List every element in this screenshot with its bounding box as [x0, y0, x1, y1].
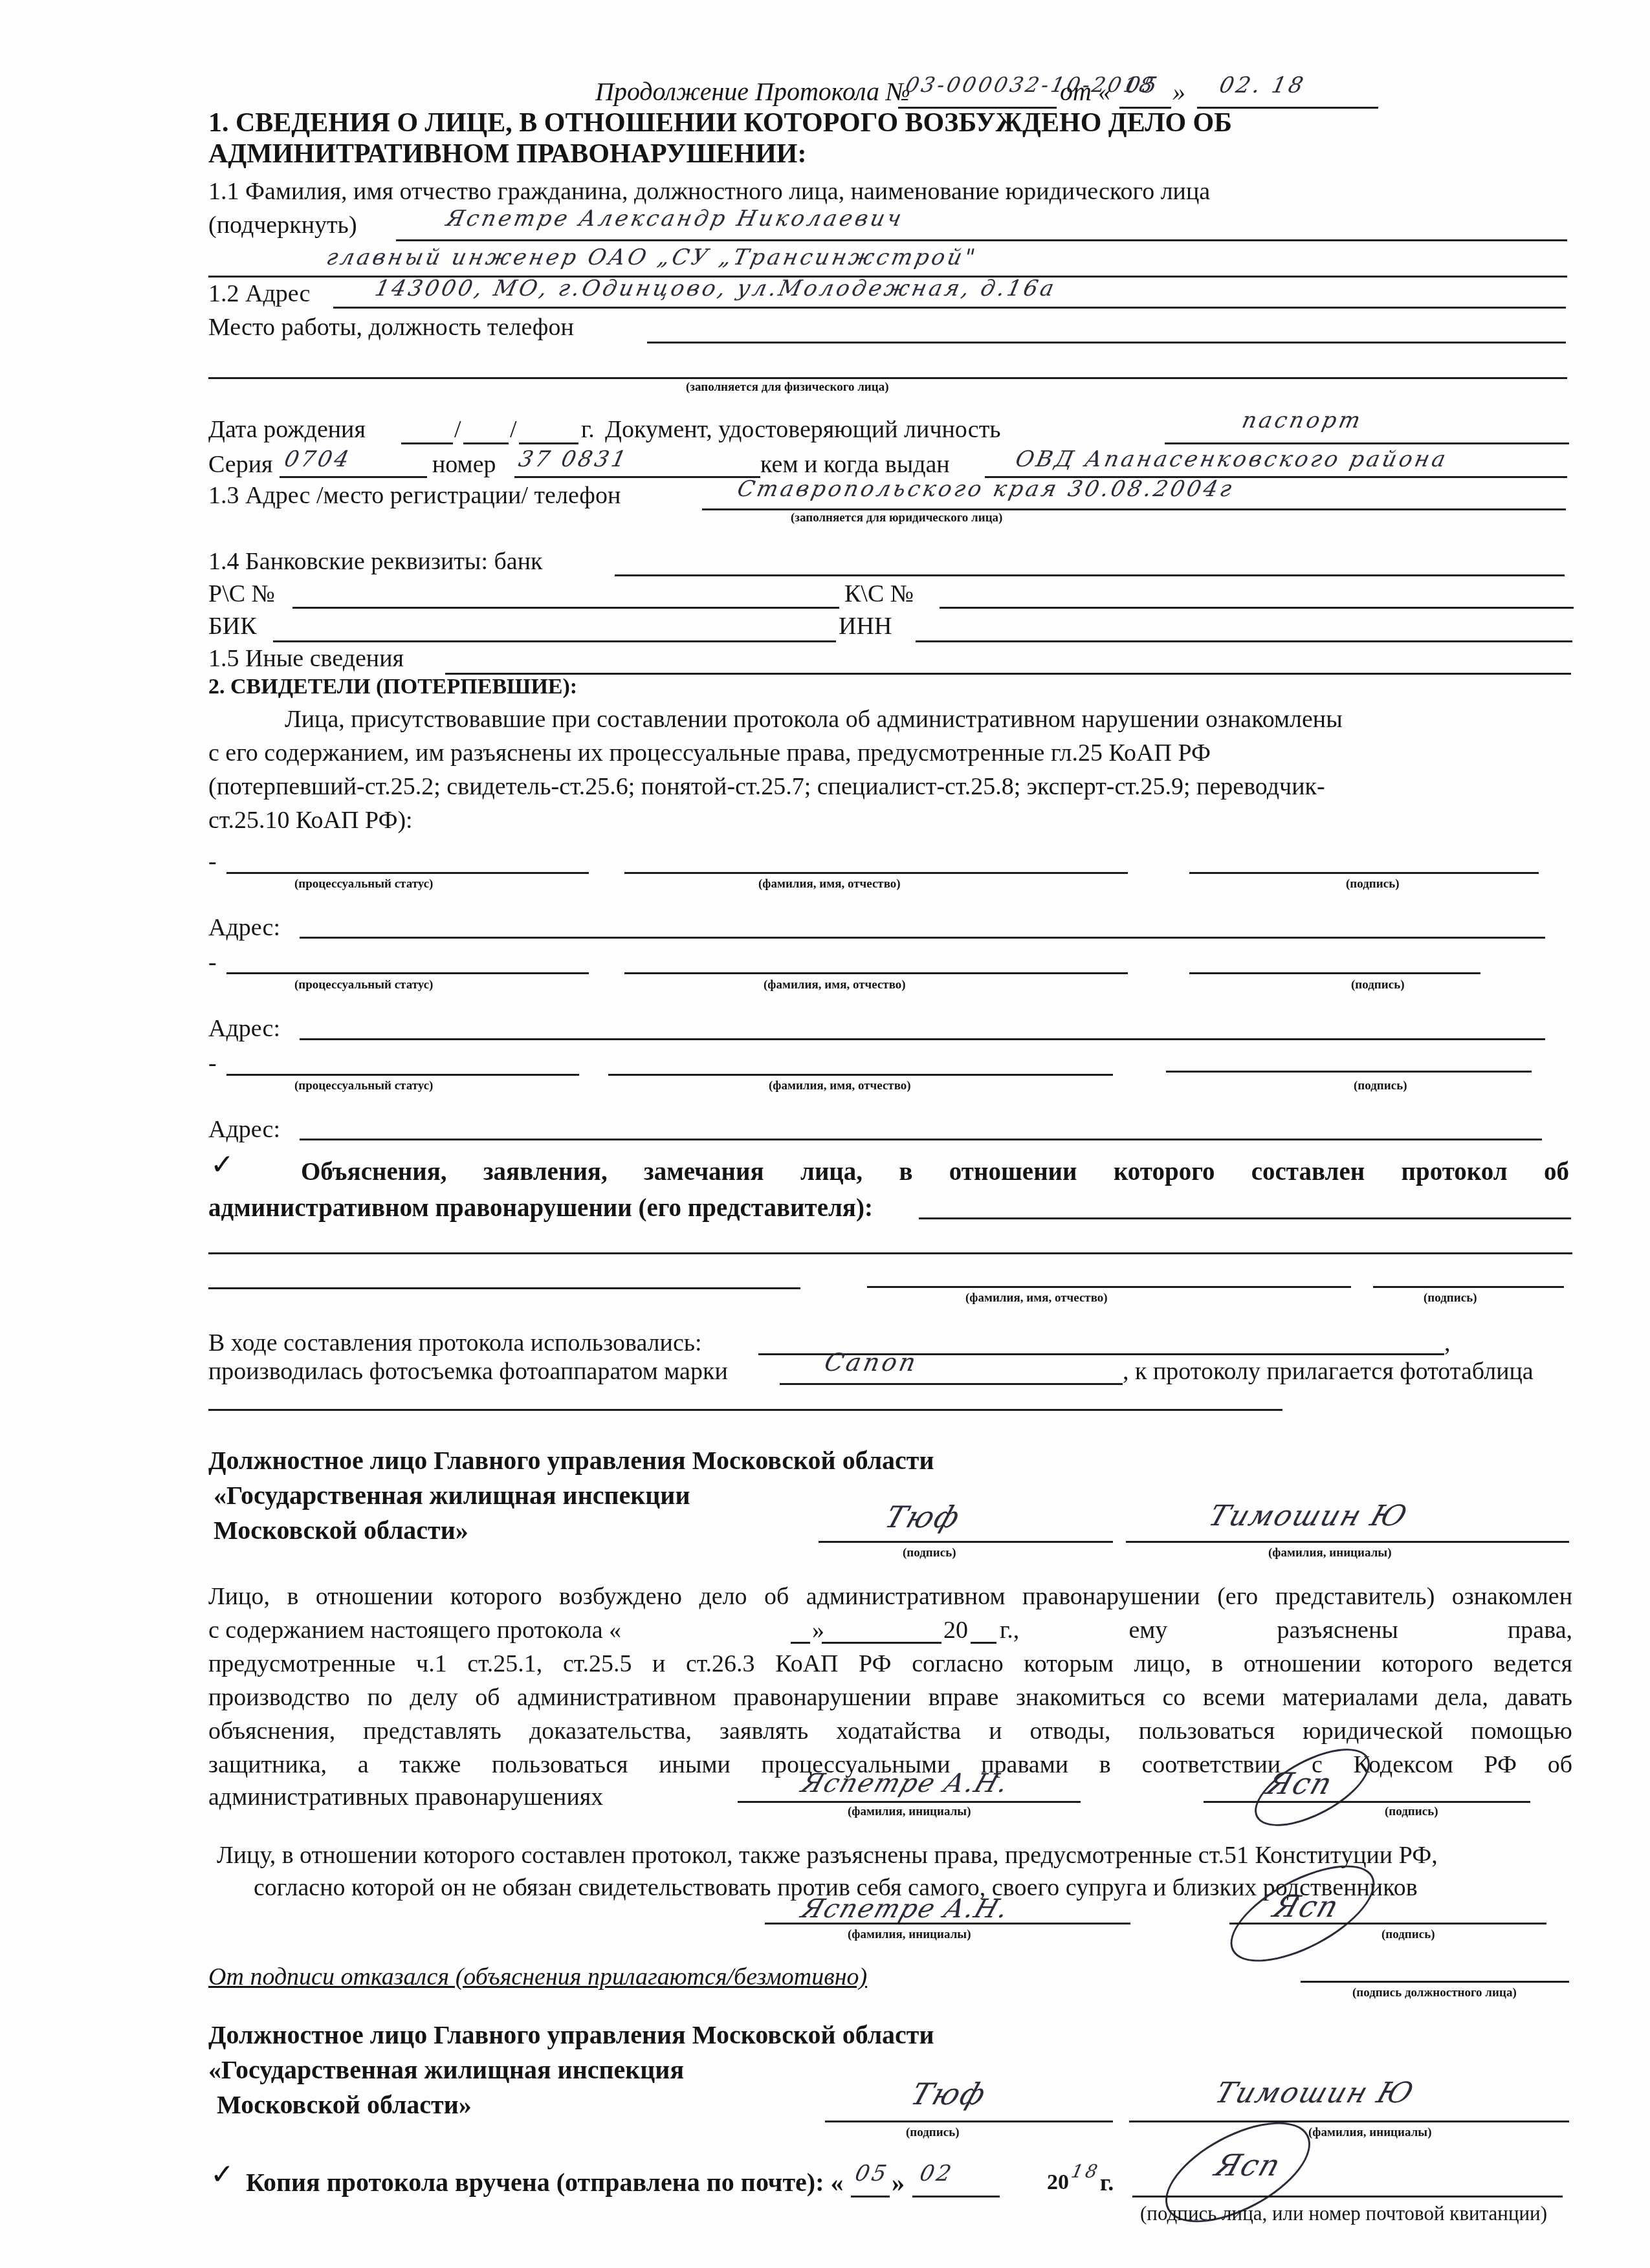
from-label: от « [1060, 78, 1111, 106]
equipment-used-label: В ходе составления протокола использовал… [208, 1329, 702, 1357]
legal-entity-note: (заполняется для юридического лица) [791, 511, 1002, 525]
copy-signature[interactable]: Ясп [1211, 2148, 1286, 2183]
copy-month-line [912, 2196, 1000, 2197]
ks-field[interactable] [940, 607, 1574, 609]
person-position-value[interactable]: главный инженер ОАО „СУ „Трансинжстрой" [324, 245, 980, 270]
number-label: номер [432, 450, 496, 479]
protocol-number[interactable]: 03-000032-10-2018 [903, 72, 1158, 97]
physical-person-note: (заполняется для физического лица) [686, 380, 889, 395]
birth-day-field[interactable] [401, 442, 453, 444]
number-line [514, 476, 760, 478]
refusal-sign-line[interactable] [1301, 1981, 1569, 1983]
witness-1-address-label: Адрес: [208, 913, 280, 942]
witness-1-status-field[interactable] [226, 872, 589, 874]
work-line-2[interactable] [208, 377, 1567, 379]
witness-2-status-field[interactable] [226, 972, 589, 974]
official2-line2: «Государственная жилищная инспекция [208, 2056, 684, 2084]
rs-label: Р\С № [208, 580, 275, 608]
work-line[interactable] [647, 342, 1566, 343]
ack-sign-caption: (подпись) [1385, 1805, 1438, 1819]
explanations-check-icon: ✓ [210, 1148, 234, 1181]
witness-3-name-caption: (фамилия, имя, отчество) [769, 1079, 911, 1093]
copy-check-icon: ✓ [210, 2158, 234, 2191]
series-label: Серия [208, 450, 273, 479]
constitution-sign-line [1229, 1923, 1546, 1925]
witness-1-sign-caption: (подпись) [1346, 877, 1400, 891]
copy-label: Копия протокола вручена (отправлена по п… [246, 2168, 843, 2197]
phototable-label: , к протоколу прилагается фототаблица [1123, 1357, 1534, 1386]
official1-line1: Должностное лицо Главного управления Мос… [208, 1446, 934, 1475]
person-name-line [396, 239, 1567, 241]
copy-month[interactable]: 02 [918, 2161, 956, 2186]
copy-year-suffix: г. [1100, 2168, 1114, 2197]
witness-3-name-field[interactable] [608, 1074, 1113, 1076]
official2-signature[interactable]: Тюф [907, 2077, 991, 2111]
address-line [333, 307, 1566, 309]
witness-3-sign-field[interactable] [1166, 1071, 1532, 1073]
ack-close-quote: » [812, 1616, 824, 1644]
person-name-value[interactable]: Яспетре Александр Николаевич [444, 206, 907, 232]
series-line [280, 476, 427, 478]
work-label: Место работы, должность телефон [208, 313, 574, 342]
ack-name-value[interactable]: Яспетре А.Н. [798, 1769, 1014, 1798]
rs-field[interactable] [292, 607, 839, 609]
bik-field[interactable] [273, 640, 836, 642]
witness-2-address-label: Адрес: [208, 1014, 280, 1043]
constitution-name-caption: (фамилия, инициалы) [848, 1928, 971, 1942]
explanations-line1: Объяснения, заявления, замечания лица, в… [301, 1158, 1569, 1186]
section1-title-line1: 1. СВЕДЕНИЯ О ЛИЦЕ, В ОТНОШЕНИИ КОТОРОГО… [208, 109, 1232, 137]
field-1-1-label: 1.1 Фамилия, имя отчество гражданина, до… [208, 177, 1210, 206]
witness-2-name-caption: (фамилия, имя, отчество) [764, 978, 906, 992]
witness-1-sign-field[interactable] [1189, 872, 1539, 874]
copy-year-prefix: 20 [1047, 2168, 1069, 2197]
other-info-field[interactable] [445, 673, 1571, 675]
ack-line4: производство по делу об административном… [208, 1683, 1572, 1712]
witness-3-address-field[interactable] [300, 1139, 1542, 1140]
bank-field[interactable] [615, 574, 1565, 576]
day-close-quote: » [1172, 78, 1185, 106]
official2-name-line [1129, 2121, 1569, 2122]
id-document-line [1165, 442, 1569, 444]
official2-sign-line [825, 2121, 1113, 2122]
protocol-month-year[interactable]: 02. 18 [1217, 72, 1308, 98]
copy-caption: (подпись лица, или номер почтовой квитан… [1140, 2199, 1547, 2228]
ack-name-caption: (фамилия, инициалы) [848, 1805, 971, 1819]
official1-sign-line [819, 1541, 1113, 1543]
continuation-label: Продолжение Протокола № [595, 78, 910, 106]
section2-para-line3: (потерпевший-ст.25.2; свидетель-ст.25.6;… [208, 772, 1325, 801]
ack-month-field[interactable] [822, 1642, 941, 1644]
section2-para-line4: ст.25.10 КоАП РФ): [208, 806, 413, 834]
ack-year-prefix: 20 [943, 1616, 968, 1644]
field-1-5-label: 1.5 Иные сведения [208, 644, 404, 673]
address-value[interactable]: 143000, МО, г.Одинцово, ул.Молодежная, д… [373, 276, 1059, 301]
official1-name-line [1126, 1541, 1569, 1543]
ks-label: К\С № [844, 580, 914, 608]
birth-year-suffix: г. [581, 415, 595, 444]
official2-name-caption: (фамилия, инициалы) [1308, 2126, 1431, 2140]
witness-3-address-label: Адрес: [208, 1115, 280, 1144]
witness-2-address-field[interactable] [300, 1038, 1545, 1040]
registration-line [702, 508, 1566, 510]
witness-1-address-field[interactable] [300, 937, 1545, 939]
ack-line3: предусмотренные ч.1 ст.25.1, ст.25.5 и с… [208, 1650, 1572, 1678]
constitution-sign-caption: (подпись) [1381, 1928, 1435, 1942]
explanations-line2: административном правонарушении (его пре… [208, 1194, 873, 1223]
ack-line7: административных правонарушениях [208, 1783, 603, 1811]
explanations-field-2[interactable] [208, 1252, 1572, 1254]
issued-by-value[interactable]: ОВД Апанасенковского района [1013, 446, 1451, 472]
copy-close-quote: » [892, 2168, 905, 2197]
field-1-1-label-underline-hint: (подчеркнуть) [208, 211, 357, 239]
section2-para-line1: Лица, присутствовавшие при составлении п… [285, 705, 1343, 734]
section2-title: 2. СВИДЕТЕЛИ (ПОТЕРПЕВШИЕ): [208, 673, 577, 701]
copy-day[interactable]: 05 [853, 2161, 892, 2186]
explanations-sign-field[interactable] [1373, 1286, 1564, 1288]
birth-sep-2: / [510, 415, 517, 444]
constitution-name-value[interactable]: Яспетре А.Н. [798, 1894, 1014, 1924]
field-1-4-label: 1.4 Банковские реквизиты: банк [208, 547, 542, 576]
ack-sign-line [1204, 1801, 1530, 1803]
camera-brand-line [780, 1383, 1123, 1385]
series-value[interactable]: 0704 [282, 446, 354, 472]
birth-date-label: Дата рождения [208, 415, 366, 444]
section2-para-line2: с его содержанием, им разъяснены их проц… [208, 739, 1211, 767]
refusal-caption: (подпись должностного лица) [1352, 1986, 1517, 2000]
official1-name-caption: (фамилия, инициалы) [1268, 1546, 1391, 1560]
protocol-page: Продолжение Протокола № 03-000032-10-201… [0, 0, 1650, 2268]
inn-label: ИНН [839, 612, 892, 640]
photo-camera-label: производилась фотосъемка фотоаппаратом м… [208, 1357, 728, 1386]
witness-1-status-caption: (процессуальный статус) [294, 877, 433, 891]
witness-2-name-field[interactable] [624, 972, 1128, 974]
ack-line1: Лицо, в отношении которого возбуждено де… [208, 1582, 1572, 1611]
id-document-label: Документ, удостоверяющий личность [605, 415, 1001, 444]
ack-year-field[interactable] [971, 1642, 996, 1644]
camera-brand-value[interactable]: Canon [822, 1348, 921, 1377]
number-value[interactable]: 37 0831 [516, 446, 631, 472]
bik-label: БИК [208, 612, 257, 640]
inn-field[interactable] [916, 640, 1572, 642]
ack-name-line [738, 1801, 1081, 1803]
copy-sign-line [1132, 2196, 1563, 2197]
registration-value[interactable]: Ставропольского края 30.08.2004г [735, 476, 1237, 502]
id-document-value[interactable]: паспорт [1240, 408, 1365, 433]
official2-name-value[interactable]: Тимошин Ю [1211, 2077, 1419, 2110]
witness-1-name-caption: (фамилия, имя, отчество) [758, 877, 901, 891]
witness-1-name-field[interactable] [624, 872, 1128, 874]
witness-3-status-caption: (процессуальный статус) [294, 1079, 433, 1093]
official2-line3: Московской области» [217, 2091, 472, 2119]
protocol-day[interactable]: 05 [1123, 72, 1162, 98]
witness-2-status-caption: (процессуальный статус) [294, 978, 433, 992]
official2-line1: Должностное лицо Главного управления Мос… [208, 2021, 934, 2049]
birth-sep-1: / [454, 415, 461, 444]
ack-day-field[interactable] [791, 1642, 810, 1644]
ack-signature[interactable]: Ясп [1262, 1766, 1337, 1801]
phototable-field[interactable] [208, 1409, 1282, 1411]
explanations-field-1[interactable] [919, 1217, 1571, 1219]
ack-line5: объяснения, представлять доказательства,… [208, 1717, 1572, 1745]
field-1-2-label: 1.2 Адрес [208, 279, 310, 308]
explanations-name-caption: (фамилия, имя, отчество) [965, 1291, 1108, 1305]
constitution-line1: Лицу, в отношении которого составлен про… [217, 1841, 1438, 1870]
explanations-field-3[interactable] [208, 1287, 800, 1289]
explanations-name-field[interactable] [867, 1286, 1351, 1288]
witness-3-status-field[interactable] [226, 1074, 579, 1076]
copy-year[interactable]: 18 [1069, 2161, 1102, 2182]
copy-day-line [851, 2196, 890, 2197]
section1-title-line2: АДМИНИТРАТИВНОМ ПРАВОНАРУШЕНИИ: [208, 140, 807, 168]
constitution-signature[interactable]: Ясп [1269, 1889, 1344, 1924]
witness-2-sign-caption: (подпись) [1351, 978, 1405, 992]
field-1-3-label: 1.3 Адрес /место регистрации/ телефон [208, 481, 621, 510]
witness-3-sign-caption: (подпись) [1354, 1079, 1407, 1093]
official1-line3: Московской области» [214, 1516, 468, 1545]
ack-line2a: с содержанием настоящего протокола « [208, 1616, 621, 1644]
official1-name-value[interactable]: Тимошин Ю [1205, 1499, 1413, 1532]
birth-year-field[interactable] [519, 442, 578, 444]
ack-line2d: г., ему разъяснены права, [1000, 1616, 1572, 1644]
official1-sign-caption: (подпись) [903, 1546, 956, 1560]
constitution-name-line [765, 1923, 1130, 1925]
official2-sign-caption: (подпись) [906, 2126, 960, 2140]
official1-line2: «Государственная жилищная инспекции [214, 1481, 690, 1510]
refusal-text: От подписи отказался (объяснения прилага… [208, 1963, 867, 1991]
official1-signature[interactable]: Тюф [881, 1499, 965, 1534]
birth-month-field[interactable] [463, 442, 509, 444]
witness-2-sign-field[interactable] [1189, 972, 1480, 974]
explanations-sign-caption: (подпись) [1424, 1291, 1477, 1305]
issued-by-label: кем и когда выдан [760, 450, 950, 479]
